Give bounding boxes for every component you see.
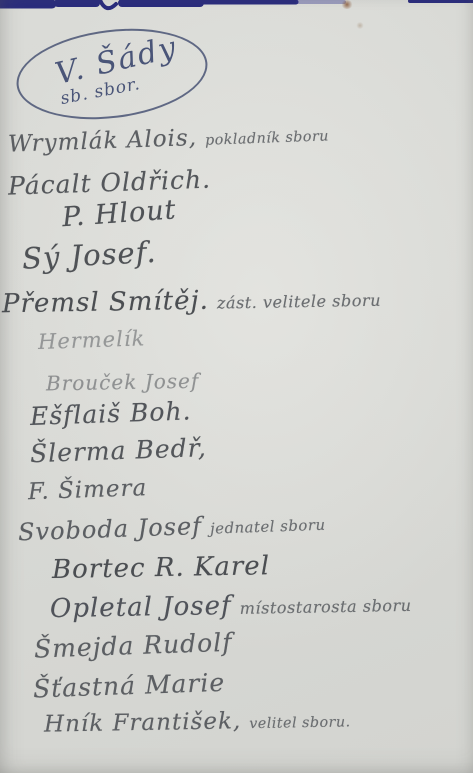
signature-line: Pácalt Oldřich. — [8, 164, 220, 200]
signature-line: Šťastná Marie — [33, 668, 234, 704]
signature-role — [164, 245, 165, 266]
signature-name: Hník František, — [44, 708, 242, 737]
signature-line: Brouček Josef — [46, 369, 208, 396]
signature-line: Hník František,velitel sboru. — [44, 706, 351, 737]
signature-name: Wrymlák Alois, — [8, 125, 198, 158]
signature-name: F. Šimera — [28, 475, 148, 505]
circled-signature: V. Šády sb. sbor. — [11, 19, 212, 130]
signature-role — [215, 442, 216, 460]
signature-role — [184, 202, 185, 222]
signature-line: Opletal Josefmístostarosta sboru — [50, 588, 412, 624]
signature-line: Ešflaiš Boh. — [30, 396, 200, 431]
signature-line: Šlerma Bedř, — [30, 433, 216, 468]
signature-name: Šlerma Bedř, — [30, 433, 208, 468]
signature-line: Přemsl Smítěj.zást. velitele sboru — [2, 283, 381, 320]
signature-role: místostarosta sboru — [240, 596, 412, 618]
signature-role: zást. velitele sboru — [217, 291, 381, 313]
signature-line: Šmejda Rudolf — [34, 627, 241, 663]
signature-line: Sý Josef. — [21, 234, 165, 275]
signature-line: P. Hlout — [61, 194, 185, 233]
scanned-signature-page: V. Šády sb. sbor. Wrymlák Alois,pokladní… — [0, 0, 473, 773]
signature-line: Hermelík — [38, 326, 154, 354]
signature-role — [199, 405, 200, 423]
signature-role — [240, 636, 241, 654]
signature-name: Brouček Josef — [46, 369, 200, 396]
signature-role — [155, 483, 156, 499]
signature-name: Sý Josef. — [21, 235, 157, 276]
signature-name: Hermelík — [38, 326, 146, 354]
faint-brown-smudge — [356, 22, 364, 29]
cut-off-blue-ink-strokes — [0, 0, 473, 18]
signature-name: Přemsl Smítěj. — [2, 286, 209, 320]
signature-name: P. Hlout — [61, 194, 177, 233]
signature-role: velitel sboru. — [249, 714, 351, 732]
signature-name: Opletal Josef — [50, 591, 232, 624]
signature-role — [153, 334, 154, 349]
signature-line: Bortec R. Karel — [52, 551, 279, 585]
signature-role — [233, 677, 234, 695]
signature-line: Wrymlák Alois,pokladník sboru — [8, 120, 330, 157]
signature-line: Svoboda Josefjednatel sboru — [18, 508, 326, 547]
signature-name: Svoboda Josef — [18, 512, 203, 546]
signature-role: pokladník sboru — [205, 128, 329, 148]
brown-ink-smudge — [341, 0, 353, 9]
signature-name: Šťastná Marie — [33, 668, 226, 704]
signature-role: jednatel sboru — [210, 516, 326, 538]
signature-name: Ešflaiš Boh. — [30, 396, 192, 431]
signature-name: Bortec R. Karel — [52, 551, 271, 585]
signature-line: F. Šimera — [28, 475, 156, 505]
signature-role — [219, 173, 220, 191]
signature-name: Šmejda Rudolf — [34, 628, 233, 664]
